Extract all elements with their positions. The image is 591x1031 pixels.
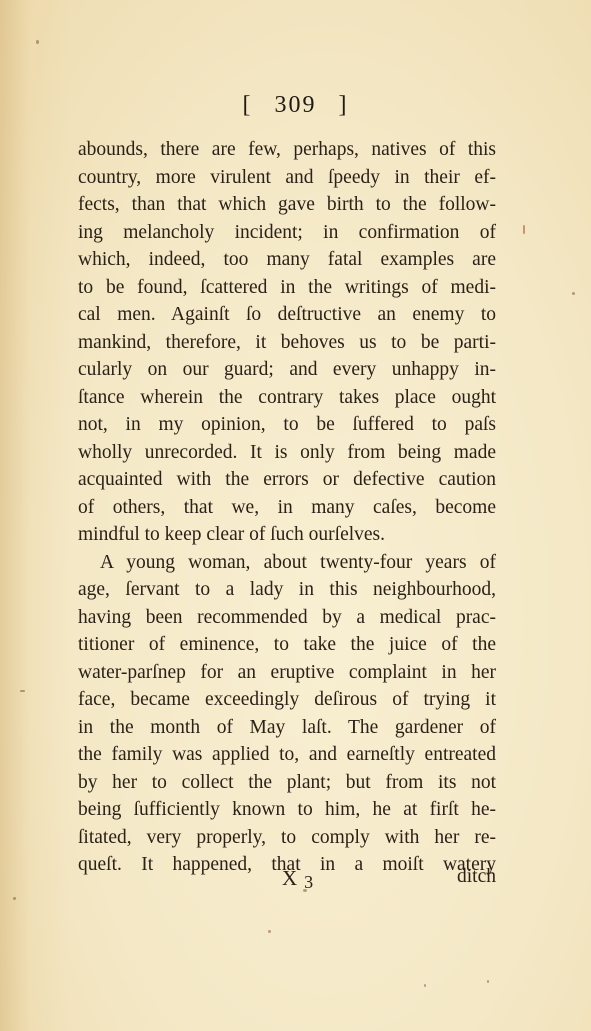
- text-line: abounds, there are few, perhaps, natives…: [78, 136, 496, 164]
- catchword: ditch: [457, 866, 496, 888]
- text-line: wholly unrecorded. It is only from being…: [78, 439, 496, 467]
- text-line: cal men. Againſt ſo deſtructive an enemy…: [78, 301, 496, 329]
- page-number: 309: [275, 92, 317, 118]
- text-line: in the month of May laſt. The gardener o…: [78, 714, 496, 742]
- running-head: [ 309 ]: [0, 92, 591, 119]
- text-line: to be found, ſcattered in the writings o…: [78, 274, 496, 302]
- paper-speck: [424, 984, 426, 987]
- text-line: cularly on our guard; and every unhappy …: [78, 356, 496, 384]
- text-line: face, became exceedingly deſirous of try…: [78, 686, 496, 714]
- paper-speck: [572, 292, 575, 295]
- text-line: water-parſnep for an eruptive complaint …: [78, 659, 496, 687]
- text-line: country, more virulent and ſpeedy in the…: [78, 164, 496, 192]
- text-line-paragraph-start: A young woman, about twenty-four years o…: [78, 549, 496, 577]
- right-bracket: ]: [339, 92, 349, 119]
- text-line: acquainted with the errors or defective …: [78, 466, 496, 494]
- footer-line: X3 ditch: [78, 866, 496, 894]
- text-line: ſtance wherein the contrary takes place …: [78, 384, 496, 412]
- book-page: [ 309 ] abounds, there are few, perhaps,…: [0, 0, 591, 1031]
- text-line-paragraph-end: mindful to keep clear of ſuch ourſelves.: [78, 521, 496, 549]
- body-text: abounds, there are few, perhaps, natives…: [78, 136, 496, 879]
- paper-speck: [36, 40, 39, 44]
- text-line: titioner of eminence, to take the juice …: [78, 631, 496, 659]
- signature-mark: X3: [282, 866, 314, 893]
- text-line: of others, that we, in many caſes, becom…: [78, 494, 496, 522]
- text-line: ing melancholy incident; in confirmation…: [78, 219, 496, 247]
- text-line: not, in my opinion, to be ſuffered to pa…: [78, 411, 496, 439]
- text-line: which, indeed, too many fatal examples a…: [78, 246, 496, 274]
- left-bracket: [: [243, 92, 253, 119]
- paper-speck: [487, 980, 489, 983]
- text-line: by her to collect the plant; but from it…: [78, 769, 496, 797]
- text-line: ſitated, very properly, to comply with h…: [78, 824, 496, 852]
- paper-speck: [13, 897, 16, 900]
- text-line: fects, than that which gave birth to the…: [78, 191, 496, 219]
- paper-speck: [523, 225, 525, 234]
- paper-speck: [303, 889, 307, 892]
- text-line: the family was applied to, and earneſtly…: [78, 741, 496, 769]
- text-line: mankind, therefore, it behoves us to be …: [78, 329, 496, 357]
- paper-speck: [268, 930, 271, 933]
- text-line: being ſufficiently known to him, he at f…: [78, 796, 496, 824]
- paper-speck: [20, 690, 25, 692]
- signature-letter: X: [282, 866, 298, 890]
- text-line: having been recommended by a medical pra…: [78, 604, 496, 632]
- text-line: age, ſervant to a lady in this neighbour…: [78, 576, 496, 604]
